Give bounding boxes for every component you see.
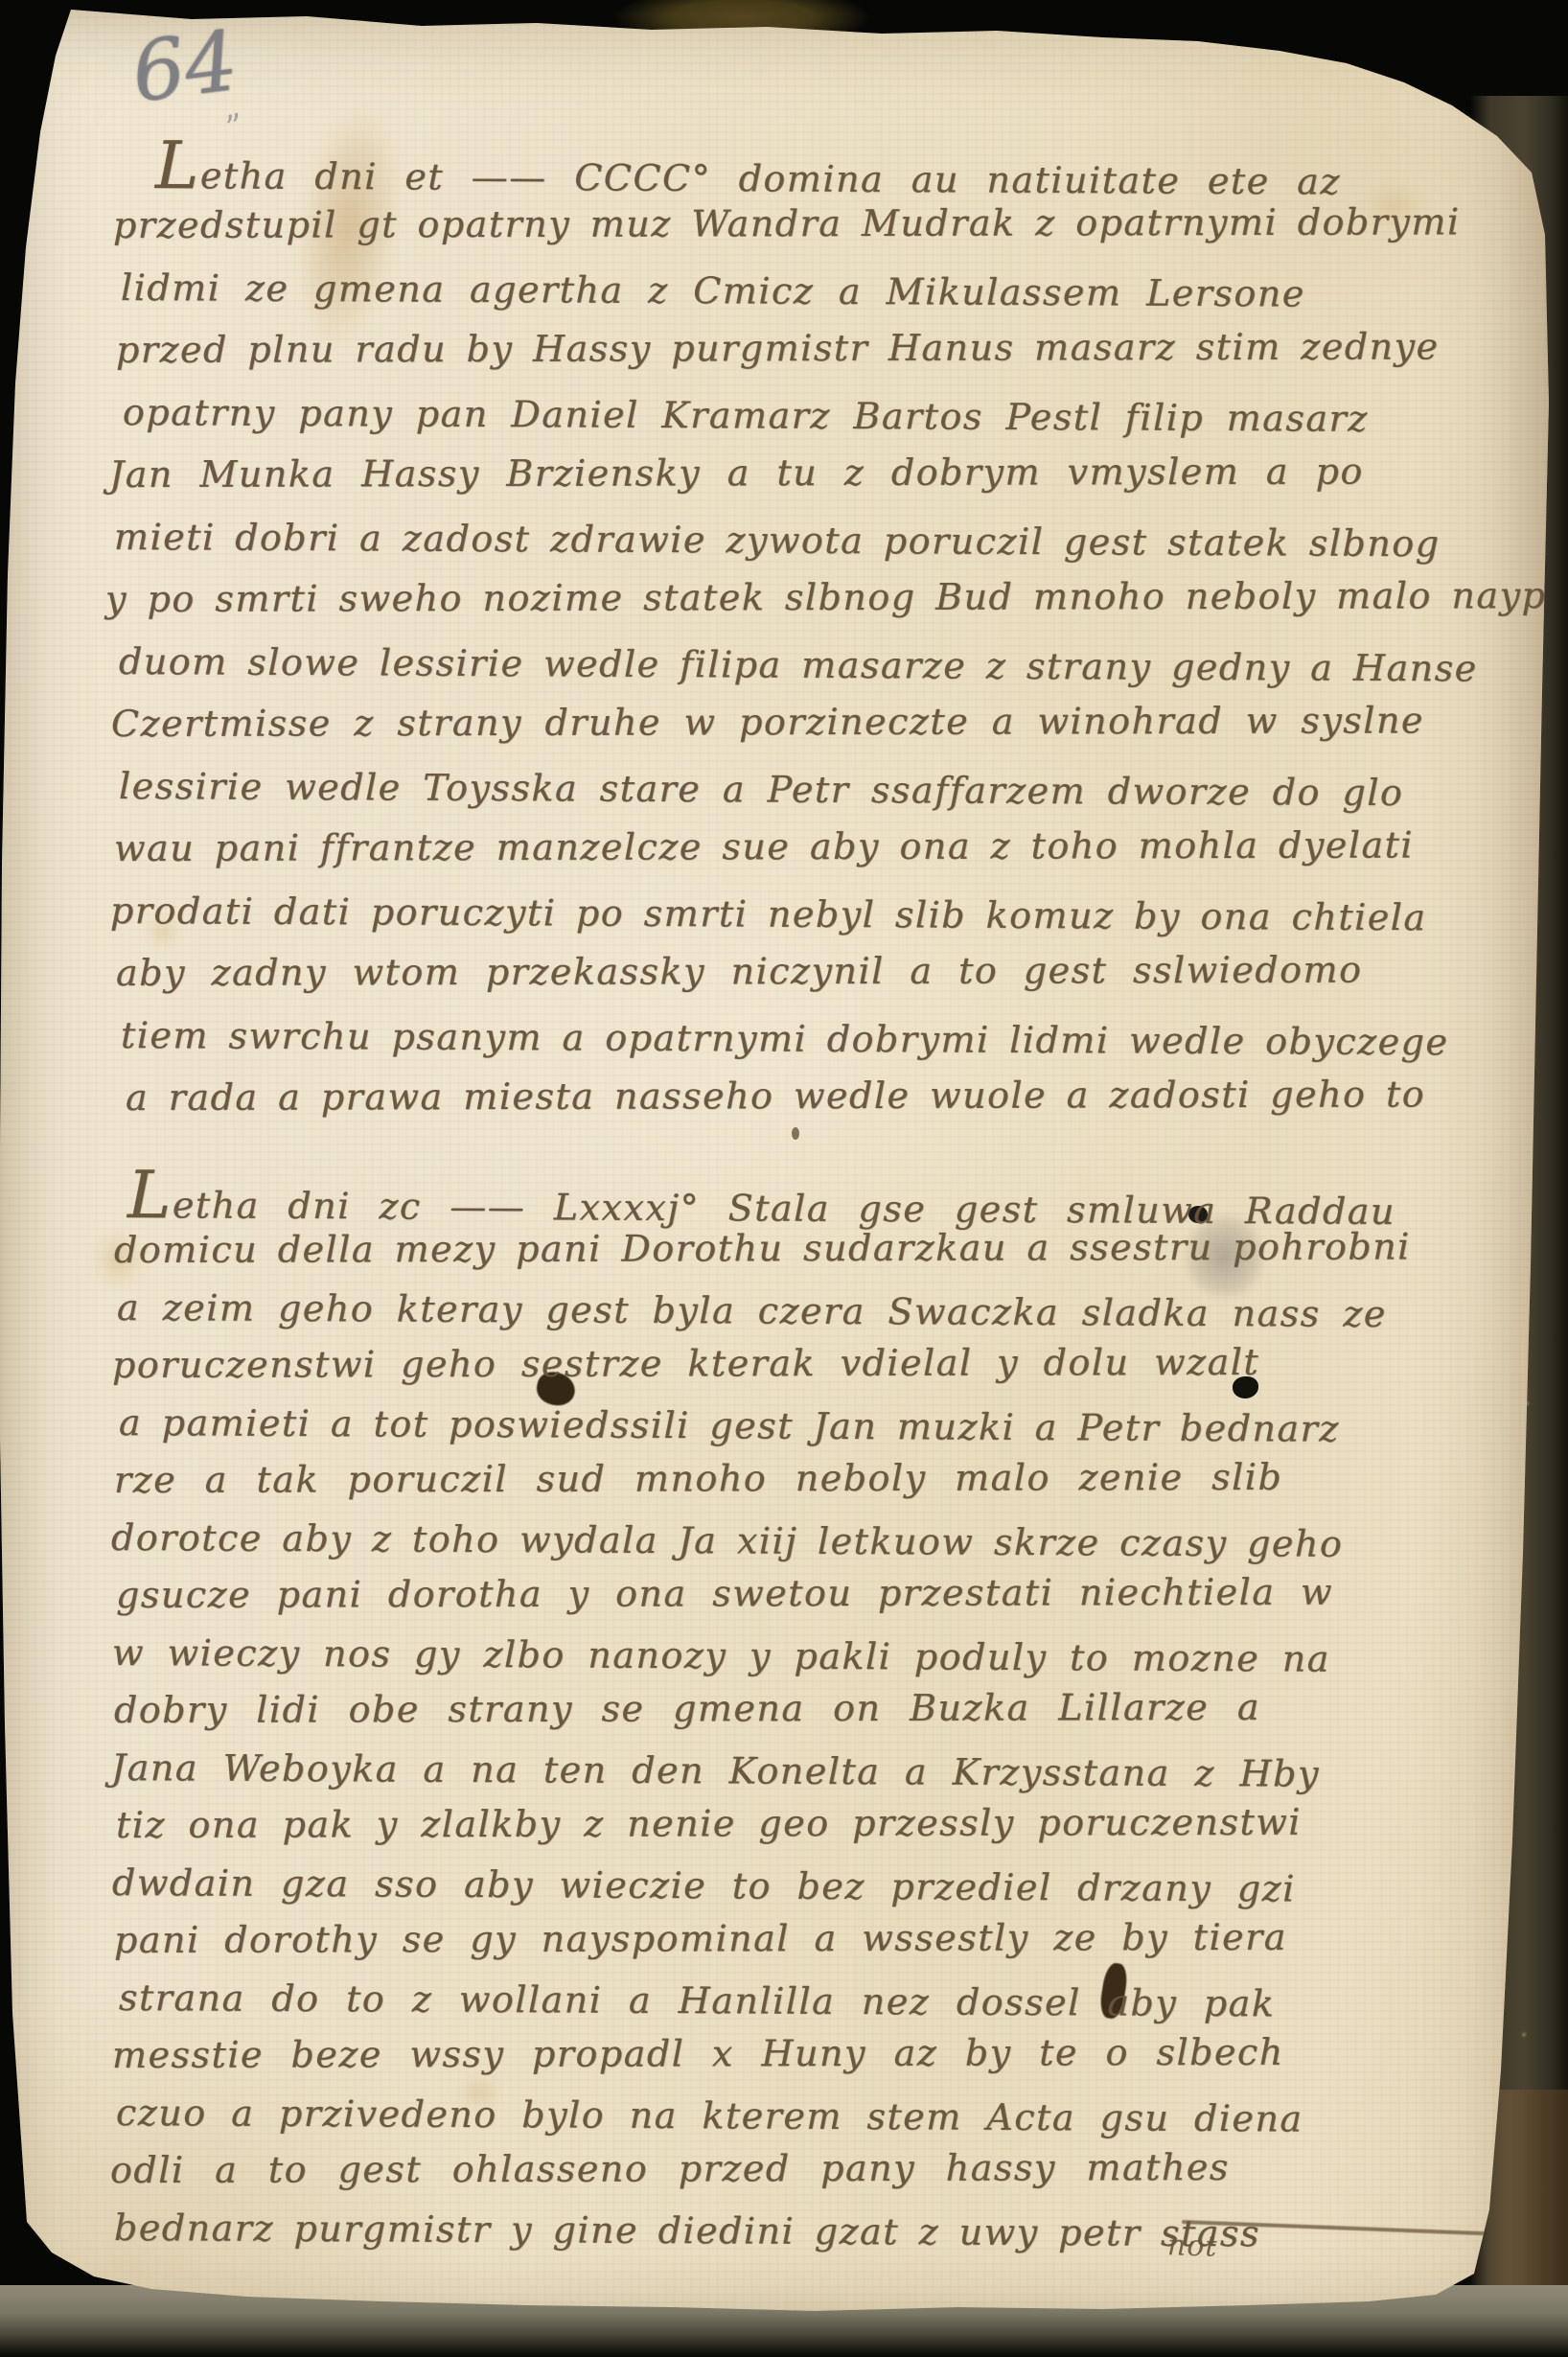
- manuscript-line: dobry lidi obe strany se gmena on Buzka …: [114, 1686, 1260, 1731]
- manuscript-line: bednarz purgmistr y gine diedini gzat z …: [114, 2207, 1260, 2254]
- manuscript-line: a zeim geho kteray gest byla czera Swacz…: [117, 1286, 1387, 1335]
- manuscript-line: Jan Munka Hassy Brziensky a tu z dobrym …: [109, 451, 1364, 496]
- manuscript-line: w wieczy nos gy zlbo nanozy y pakli podu…: [112, 1631, 1330, 1680]
- manuscript-line: dorotce aby z toho wydala Ja xiij letkuo…: [111, 1516, 1344, 1565]
- manuscript-line: przed plnu radu by Hassy purgmistr Hanus…: [116, 325, 1440, 371]
- manuscript-line: wau pani ffrantze manzelcze sue aby ona …: [114, 823, 1414, 869]
- manuscript-line: lessirie wedle Toysska stare a Petr ssaf…: [119, 765, 1404, 814]
- manuscript-line: Jana Weboyka a na ten den Konelta a Krzy…: [111, 1746, 1320, 1795]
- manuscript-line: przedstupil gt opatrny muz Wandra Mudrak…: [113, 200, 1461, 246]
- manuscript-line: rze a tak poruczil sud mnoho neboly malo…: [114, 1456, 1282, 1501]
- manuscript-line: duom slowe lessirie wedle filipa masarze…: [119, 640, 1478, 689]
- manuscript-line: a rada a prawa miesta nasseho wedle wuol…: [126, 1073, 1425, 1119]
- manuscript-line: y po smrti sweho nozime statek slbnog Bu…: [105, 574, 1568, 620]
- manuscript-line: pani dorothy se gy nayspominal a wssestl…: [114, 1916, 1287, 1961]
- page-fold-highlight: [0, 35, 27, 161]
- corner-note: not: [1167, 2229, 1218, 2263]
- manuscript-line: opatrny pany pan Daniel Kramarz Bartos P…: [123, 391, 1369, 440]
- manuscript-line: prodati dati poruczyti po smrti nebyl sl…: [110, 890, 1427, 938]
- manuscript-line: tiz ona pak y zlalkby z nenie geo przess…: [116, 1801, 1302, 1846]
- manuscript-line: tiem swrchu psanym a opatrnymi dobrymi l…: [121, 1014, 1449, 1063]
- manuscript-line: Czertmisse z strany druhe w porzineczte …: [111, 699, 1424, 745]
- manuscript-line: domicu della mezy pani Dorothu sudarzkau…: [114, 1225, 1411, 1271]
- manuscript-line: Letha dni zc —— Lxxxxj° Stala gse gest s…: [127, 1171, 1395, 1233]
- manuscript-line: dwdain gza sso aby wieczie to bez przedi…: [112, 1861, 1296, 1909]
- manuscript-line: czuo a przivedeno bylo na kterem stem Ac…: [116, 2091, 1303, 2139]
- ink-dot: [792, 1127, 799, 1140]
- manuscript-line: odli a to gest ohlasseno przed pany hass…: [110, 2146, 1230, 2191]
- manuscript-scan: 64 „ Letha dni et —— CCCC° domina au nat…: [0, 0, 1568, 2357]
- manuscript-line: mieti dobri a zadost zdrawie zywota poru…: [114, 516, 1441, 565]
- manuscript-line: messtie beze wssy propadl x Huny az by t…: [112, 2031, 1284, 2076]
- manuscript-page: 64 „ Letha dni et —— CCCC° domina au nat…: [0, 0, 1568, 2357]
- manuscript-line: a pamieti a tot poswiedssili gest Jan mu…: [119, 1401, 1340, 1450]
- manuscript-line: aby zadny wtom przekassky niczynil a to …: [116, 949, 1363, 994]
- manuscript-line: Letha dni et —— CCCC° domina au natiuita…: [155, 142, 1341, 202]
- manuscript-line: gsucze pani dorotha y ona swetou przesta…: [116, 1571, 1333, 1616]
- manuscript-line: strana do to z wollani a Hanlilla nez do…: [119, 1976, 1276, 2024]
- manuscript-line: poruczenstwi geho sestrze kterak vdielal…: [112, 1341, 1259, 1386]
- manuscript-line: lidmi ze gmena agertha z Cmicz a Mikulas…: [121, 266, 1305, 314]
